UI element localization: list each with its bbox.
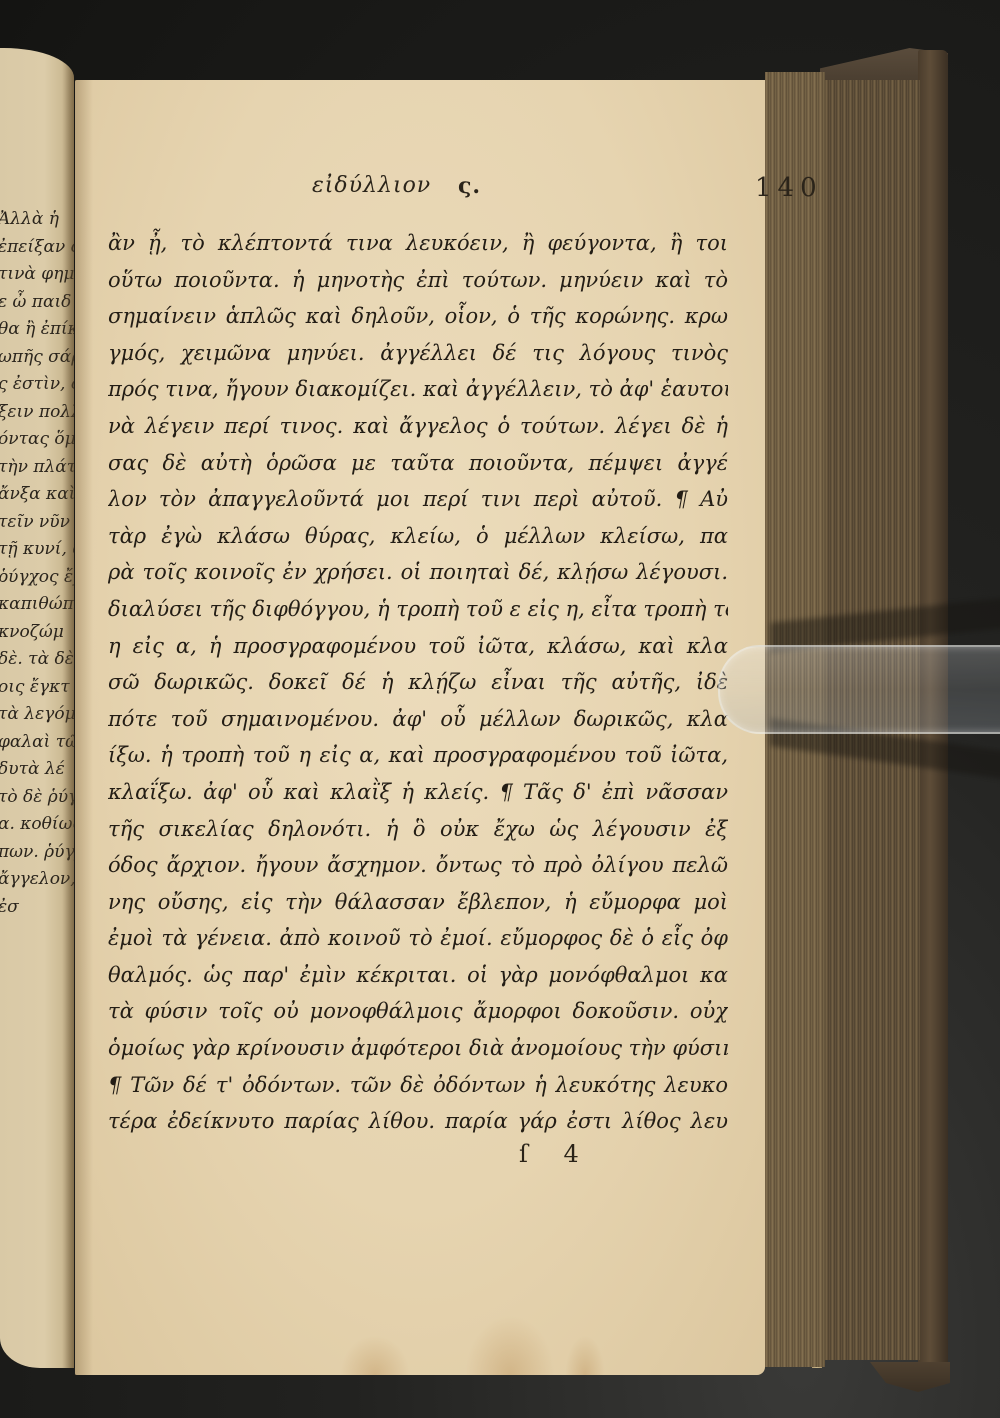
text-line: οὕτω ποιοῦντα. ἡ μηνοτὴς ἐπὶ τούτων. μην…: [108, 262, 728, 299]
commentary-text-block: ἂν ᾖ, τὸ κλέπτοντά τινα λευκόειν, ἢ φεύγ…: [108, 225, 728, 1140]
signature-mark: ſ 4: [519, 1140, 593, 1168]
water-stain: [565, 1335, 605, 1375]
text-line: κλαΐξω. ἀφ' οὗ καὶ κλαῒξ ἡ κλείς. ¶ Τᾶς …: [108, 774, 728, 811]
text-line: όδος ἄρχιον. ἤγουν ἄσχημον. ὄντως τὸ πρὸ…: [108, 847, 728, 884]
facing-page-verso: Ἀλλὰ ἡ ἐπείξαν αὐ τινὰ φημὶ ε ὦ παιδ θα …: [0, 48, 74, 1368]
text-line: σημαίνειν ἁπλῶς καὶ δηλοῦν, οἷον, ὁ τῆς …: [108, 298, 728, 335]
running-head-title: εἰδύλλιον: [312, 173, 431, 198]
water-stain: [340, 1335, 410, 1375]
text-line: τὰ φύσιν τοῖς οὐ μονοφθάλμοις ἄμορφοι δο…: [108, 993, 728, 1030]
text-line: διαλύσει τῆς διφθόγγου, ἡ τροπὴ τοῦ ε εἰ…: [108, 591, 728, 628]
text-line: νης οὔσης, εἰς τὴν θάλασσαν ἔβλεπον, ἡ ε…: [108, 884, 728, 921]
text-line: ίξω. ἡ τροπὴ τοῦ η εἰς α, καὶ προσγραφομ…: [108, 737, 728, 774]
running-head-section-number: ς.: [458, 173, 481, 199]
text-line: τὰρ ἐγὼ κλάσω θύρας, κλείω, ὁ μέλλων κλε…: [108, 518, 728, 555]
gutter-shadow: [62, 48, 74, 1368]
glass-page-weight: [718, 645, 1000, 734]
folio-number: 140: [755, 173, 823, 203]
recto-page: εἰδύλλιον ς. 140 ἂν ᾖ, τὸ κλέπτοντά τινα…: [75, 80, 765, 1375]
text-line: τῆς σικελίας δηλονότι. ἡ ὃ οὐκ ἔχω ὡς λέ…: [108, 811, 728, 848]
text-line: σας δὲ αὐτὴ ὁρῶσα με ταῦτα ποιοῦντα, πέμ…: [108, 445, 728, 482]
water-stain: [465, 1315, 555, 1375]
text-line: ὁμοίως γὰρ κρίνουσιν ἀμφότεροι διὰ ἀνομο…: [108, 1030, 728, 1067]
text-line: πρός τινα, ἤγουν διακομίζει. καὶ ἀγγέλλε…: [108, 371, 728, 408]
text-line: πότε τοῦ σημαινομένου. ἀφ' οὗ μέλλων δωρ…: [108, 701, 728, 738]
gutter-shadow: [75, 80, 93, 1375]
text-line: ἐμοὶ τὰ γένεια. ἀπὸ κοινοῦ τὸ ἐμοί. εὔμο…: [108, 920, 728, 957]
text-line: σῶ δωρικῶς. δοκεῖ δέ ἡ κλῄζω εἶναι τῆς α…: [108, 664, 728, 701]
text-line: ρὰ τοῖς κοινοῖς ἐν χρήσει. οἱ ποιηταὶ δέ…: [108, 554, 728, 591]
text-line: λον τὸν ἀπαγγελοῦντά μοι περί τινι περὶ …: [108, 481, 728, 518]
text-line: θαλμός. ὡς παρ' ἐμὶν κέκριται. οἱ γὰρ μο…: [108, 957, 728, 994]
text-line: γμός, χειμῶνα μηνύει. ἀγγέλλει δέ τις λό…: [108, 335, 728, 372]
text-line: η εἰς α, ἡ προσγραφομένου τοῦ ἰῶτα, κλάσ…: [108, 628, 728, 665]
text-line: ¶ Τῶν δέ τ' ὀδόντων. τῶν δὲ ὀδόντων ἡ λε…: [108, 1067, 728, 1104]
text-line: τέρα ἐδείκνυτο παρίας λίθου. παρία γάρ ἐ…: [108, 1103, 728, 1140]
text-line: νὰ λέγειν περί τινος. καὶ ἄγγελος ὁ τούτ…: [108, 408, 728, 445]
running-head: εἰδύλλιον ς. 140: [312, 173, 725, 203]
text-line: ἂν ᾖ, τὸ κλέπτοντά τινα λευκόειν, ἢ φεύγ…: [108, 225, 728, 262]
